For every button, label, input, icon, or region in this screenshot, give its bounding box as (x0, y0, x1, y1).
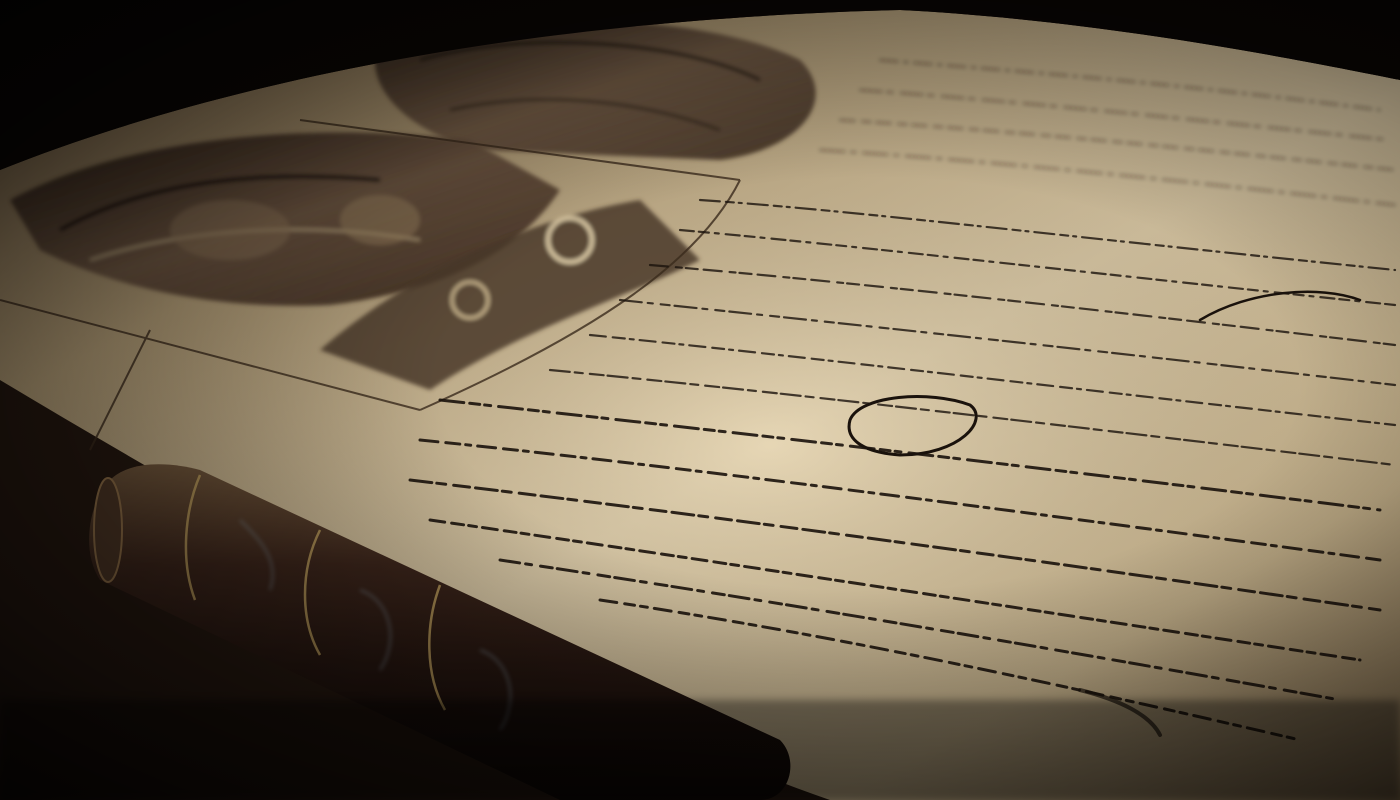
manuscript-illustration (0, 0, 1400, 800)
manuscript-scene: Old parchment manuscript with illegible … (0, 0, 1400, 800)
rod-end-cap (94, 478, 122, 582)
